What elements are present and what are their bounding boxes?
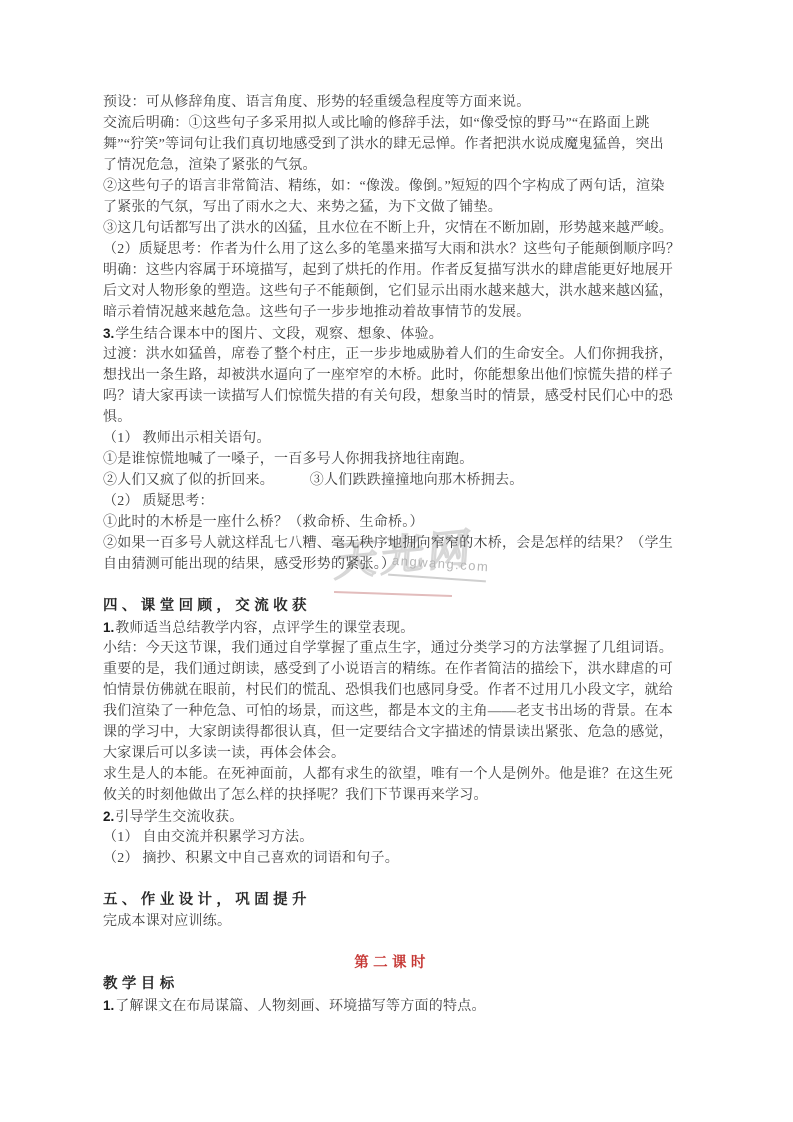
- document-body: 预设：可从修辞角度、语言角度、形势的轻重缓急程度等方面来说。交流后明确：①这些句…: [103, 92, 681, 1016]
- text-line: （1） 自由交流并积累学习方法。: [103, 827, 681, 848]
- blank-line: [103, 575, 681, 596]
- text-line: 明确：这些内容属于环境描写，起到了烘托的作用。作者反复描写洪水的肆虐能更好地展开: [103, 260, 681, 281]
- document-page: 天光网 angwang.com 预设：可从修辞角度、语言角度、形势的轻重缓急程度…: [0, 0, 793, 1122]
- lesson-2-title: 第二课时: [103, 953, 681, 974]
- text-line: 预设：可从修辞角度、语言角度、形势的轻重缓急程度等方面来说。: [103, 92, 681, 113]
- text-line: 想找出一条生路，却被洪水逼向了一座窄窄的木桥。此时，你能想象出他们惊慌失措的样子: [103, 365, 681, 386]
- section-heading: 教学目标: [103, 974, 681, 995]
- blank-line: [103, 869, 681, 890]
- text-line: 3.学生结合课本中的图片、文段，观察、想象、体验。: [103, 323, 681, 344]
- text-line: ①此时的木桥是一座什么桥？（救命桥、生命桥。）: [103, 512, 681, 533]
- list-number: 1.: [103, 998, 115, 1013]
- text-line: （1） 教师出示相关语句。: [103, 428, 681, 449]
- text-line: 重要的是，我们通过朗读，感受到了小说语言的精练。在作者简洁的描绘下，洪水肆虐的可: [103, 659, 681, 680]
- text-line: 暗示着情况越来越危急。这些句子一步步地推动着故事情节的发展。: [103, 302, 681, 323]
- section-heading: 五、作业设计，巩固提升: [103, 890, 681, 911]
- text-line: （2）质疑思考：作者为什么用了这么多的笔墨来描写大雨和洪水？这些句子能颠倒顺序吗…: [103, 239, 681, 260]
- text-line: 1.教师适当总结教学内容，点评学生的课堂表现。: [103, 617, 681, 638]
- list-number: 2.: [103, 809, 115, 824]
- blank-line: [103, 932, 681, 953]
- text-line: 课的学习中，大家朗读得都很认真，但一定要结合文字描述的情景读出紧张、危急的感觉，: [103, 722, 681, 743]
- text-line: 小结：今天这节课，我们通过自学掌握了重点生字，通过分类学习的方法掌握了几组词语。: [103, 638, 681, 659]
- text-line: 完成本课对应训练。: [103, 911, 681, 932]
- text-line: （2） 摘抄、积累文中自己喜欢的词语和句子。: [103, 848, 681, 869]
- text-line: 了紧张的气氛，写出了雨水之大、来势之猛，为下文做了铺垫。: [103, 197, 681, 218]
- text-line: ②如果一百多号人就这样乱七八糟、毫无秩序地拥向窄窄的木桥，会是怎样的结果？（学生: [103, 533, 681, 554]
- text-line: ②这些句子的语言非常简洁、精练，如：“像泼。像倒。”短短的四个字构成了两句话，渲…: [103, 176, 681, 197]
- text-line: 我们渲染了一种危急、可怕的场景，而这些，都是本文的主角——老支书出场的背景。在本: [103, 701, 681, 722]
- text-line: 攸关的时刻他做出了怎么样的抉择呢？我们下节课再来学习。: [103, 785, 681, 806]
- list-number: 1.: [103, 620, 115, 635]
- text-line: ①是谁惊慌地喊了一嗓子，一百多号人你拥我挤地往南跑。: [103, 449, 681, 470]
- text-line: 大家课后可以多读一读，再体会体会。: [103, 743, 681, 764]
- text-line: 吗？请大家再读一读描写人们惊慌失措的有关句段，想象当时的情景，感受村民们心中的恐: [103, 386, 681, 407]
- text-line: 怕情景仿佛就在眼前，村民们的慌乱、恐惧我们也感同身受。作者不过用几小段文字，就给: [103, 680, 681, 701]
- text-line: 自由猜测可能出现的结果，感受形势的紧张。）: [103, 554, 681, 575]
- text-line: 求生是人的本能。在死神面前，人都有求生的欲望，唯有一个人是例外。他是谁？在这生死: [103, 764, 681, 785]
- text-line: 交流后明确：①这些句子多采用拟人或比喻的修辞手法，如“像受惊的野马”“在路面上跳: [103, 113, 681, 134]
- text-line: 了情况危急，渲染了紧张的气氛。: [103, 155, 681, 176]
- text-line: 惧。: [103, 407, 681, 428]
- text-line: 1.了解课文在布局谋篇、人物刻画、环境描写等方面的特点。: [103, 995, 681, 1016]
- list-number: 3.: [103, 326, 115, 341]
- text-line: 后文对人物形象的塑造。这些句子不能颠倒，它们显示出雨水越来越大，洪水越来越凶猛，: [103, 281, 681, 302]
- text-line: （2） 质疑思考：: [103, 491, 681, 512]
- text-line: ②人们又疯了似的折回来。 ③人们跌跌撞撞地向那木桥拥去。: [103, 470, 681, 491]
- section-heading: 四、课堂回顾，交流收获: [103, 596, 681, 617]
- text-line: 过渡：洪水如猛兽，席卷了整个村庄，正一步步地威胁着人们的生命安全。人们你拥我挤，: [103, 344, 681, 365]
- text-line: 2.引导学生交流收获。: [103, 806, 681, 827]
- text-line: 舞”“狞笑”等词句让我们真切地感受到了洪水的肆无忌惮。作者把洪水说成魔鬼猛兽，突…: [103, 134, 681, 155]
- text-line: ③这几句话都写出了洪水的凶猛，且水位在不断上升，灾情在不断加剧，形势越来越严峻。: [103, 218, 681, 239]
